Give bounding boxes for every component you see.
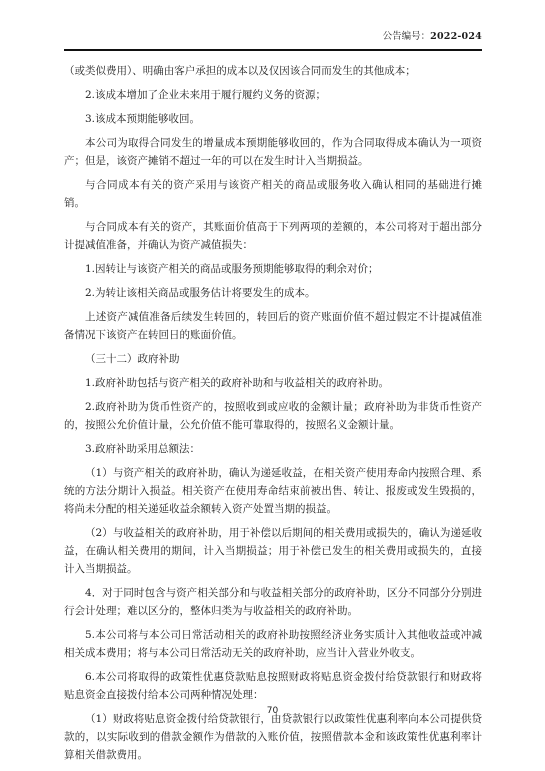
paragraph: 上述资产减值准备后续发生转回的，转回后的资产账面价值不超过假定不计提减值准备情况…	[64, 308, 482, 344]
paragraph: 6.本公司将取得的政策性优惠贷款贴息按照财政将贴息资金拨付给贷款银行和财政将贴息…	[64, 668, 482, 704]
paragraph: 本公司为取得合同发生的增量成本预期能够收回的，作为合同取得成本确认为一项资产；但…	[64, 134, 482, 170]
paragraph-continuation: （或类似费用）、明确由客户承担的成本以及仅因该合同而发生的其他成本；	[64, 62, 482, 80]
paragraph: 5.本公司将与本公司日常活动相关的政府补助按照经济业务实质计入其他收益或冲减相关…	[64, 626, 482, 662]
announcement-number-value: 2022-024	[430, 31, 482, 42]
paragraph: 2.为转让该相关商品或服务估计将要发生的成本。	[64, 284, 482, 302]
paragraph: （1）财政将贴息资金拨付给贷款银行，由贷款银行以政策性优惠利率向本公司提供贷款的…	[64, 710, 482, 764]
paragraph: 1.政府补助包括与资产相关的政府补助和与收益相关的政府补助。	[64, 374, 482, 392]
announcement-number-label: 公告编号：	[383, 31, 431, 42]
paragraph: 4．对于同时包含与资产相关部分和与收益相关部分的政府补助，区分不同部分分别进行会…	[64, 584, 482, 620]
page-header: 公告编号：2022-024	[64, 31, 482, 51]
paragraph: 2.政府补助为货币性资产的，按照收到或应收的金额计量；政府补助为非货币性资产的，…	[64, 398, 482, 434]
paragraph: （2）与收益相关的政府补助，用于补偿以后期间的相关费用或损失的，确认为递延收益，…	[64, 524, 482, 578]
section-heading: （三十二）政府补助	[64, 350, 482, 368]
paragraph: 1.因转让与该资产相关的商品或服务预期能够取得的剩余对价；	[64, 260, 482, 278]
document-body: （或类似费用）、明确由客户承担的成本以及仅因该合同而发生的其他成本；2.该成本增…	[64, 62, 482, 770]
paragraph: 2.该成本增加了企业未来用于履行履约义务的资源；	[64, 86, 482, 104]
paragraph: 与合同成本有关的资产采用与该资产相关的商品或服务收入确认相同的基础进行摊销。	[64, 176, 482, 212]
paragraph: 3.该成本预期能够收回。	[64, 110, 482, 128]
page-footer: 70	[0, 706, 545, 716]
paragraph: 与合同成本有关的资产，其账面价值高于下列两项的差额的，本公司将对于超出部分计提减…	[64, 218, 482, 254]
page-number: 70	[267, 706, 278, 716]
document-page: 公告编号：2022-024 （或类似费用）、明确由客户承担的成本以及仅因该合同而…	[0, 0, 545, 771]
paragraph: （1）与资产相关的政府补助，确认为递延收益，在相关资产使用寿命内按照合理、系统的…	[64, 464, 482, 518]
paragraph: 3.政府补助采用总额法：	[64, 440, 482, 458]
